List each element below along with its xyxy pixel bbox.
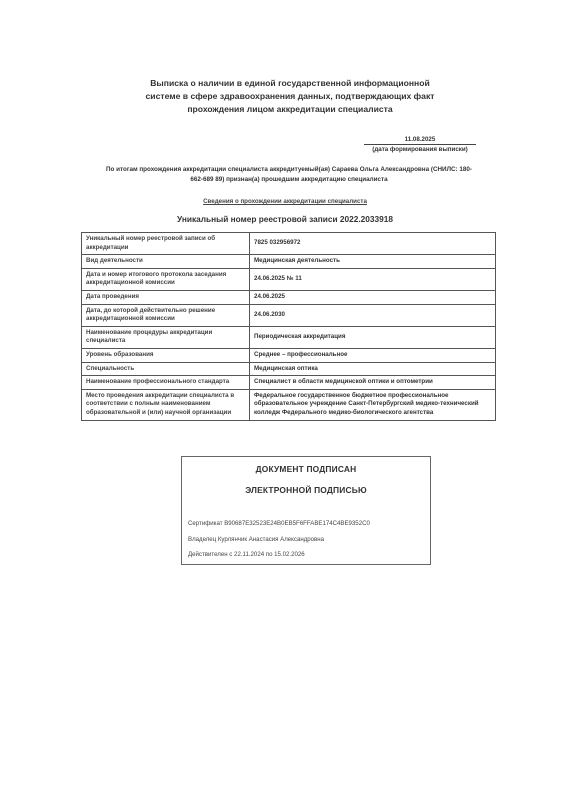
- document-title: Выписка о наличии в единой государственн…: [100, 77, 480, 116]
- table-row: Дата и номер итогового протокола заседан…: [82, 268, 496, 290]
- intro-line: 662-689 89) признан(а) прошедшим аккреди…: [60, 175, 518, 185]
- electronic-signature-stamp: ДОКУМЕНТ ПОДПИСАН ЭЛЕКТРОННОЙ ПОДПИСЬЮ С…: [181, 456, 431, 565]
- row-value: 24.06.2025 № 11: [250, 268, 496, 290]
- row-value: Специалист в области медицинской оптики …: [250, 376, 496, 390]
- table-row: Место проведения аккредитации специалист…: [82, 389, 496, 420]
- formation-date-block: 11.08.2025 (дата формирования выписки): [364, 136, 476, 153]
- accreditation-table: Уникальный номер реестровой записи об ак…: [81, 232, 496, 421]
- table-row: Дата, до которой действительно решение а…: [82, 304, 496, 326]
- row-label: Дата, до которой действительно решение а…: [82, 304, 250, 326]
- title-line: прохождения лицом аккредитации специалис…: [100, 103, 480, 116]
- row-label: Дата проведения: [82, 290, 250, 304]
- row-value: Среднее – профессиональное: [250, 348, 496, 362]
- intro-line: По итогам прохождения аккредитации специ…: [60, 165, 518, 175]
- table-row: Наименование процедуры аккредитации спец…: [82, 326, 496, 348]
- formation-date-caption: (дата формирования выписки): [364, 145, 476, 153]
- section-heading-link: Сведения о прохождении аккредитации спец…: [150, 198, 420, 205]
- table-row: СпециальностьМедицинская оптика: [82, 362, 496, 376]
- row-label: Место проведения аккредитации специалист…: [82, 389, 250, 420]
- registry-number-heading: Уникальный номер реестровой записи 2022.…: [150, 214, 420, 224]
- signature-owner: Владелец Курлянчик Анастасия Александров…: [188, 536, 324, 543]
- row-value: 24.06.2030: [250, 304, 496, 326]
- signature-certificate: Сертификат B90687E32523E24B0EB5F6FFABE17…: [188, 520, 370, 527]
- signature-heading-1: ДОКУМЕНТ ПОДПИСАН: [182, 464, 430, 474]
- table-row: Уникальный номер реестровой записи об ак…: [82, 233, 496, 255]
- row-value: Периодическая аккредитация: [250, 326, 496, 348]
- row-value: Федеральное государственное бюджетное пр…: [250, 389, 496, 420]
- intro-paragraph: По итогам прохождения аккредитации специ…: [60, 165, 518, 184]
- title-line: Выписка о наличии в единой государственн…: [100, 77, 480, 90]
- signature-validity: Действителен с 22.11.2024 по 15.02.2026: [188, 551, 305, 558]
- signature-heading-2: ЭЛЕКТРОННОЙ ПОДПИСЬЮ: [182, 485, 430, 495]
- formation-date: 11.08.2025: [364, 136, 476, 145]
- title-line: системе в сфере здравоохранения данных, …: [100, 90, 480, 103]
- row-value: Медицинская деятельность: [250, 255, 496, 269]
- row-label: Вид деятельности: [82, 255, 250, 269]
- row-value: Медицинская оптика: [250, 362, 496, 376]
- row-label: Наименование процедуры аккредитации спец…: [82, 326, 250, 348]
- table-row: Вид деятельностиМедицинская деятельность: [82, 255, 496, 269]
- row-label: Наименование профессионального стандарта: [82, 376, 250, 390]
- row-label: Специальность: [82, 362, 250, 376]
- row-label: Уникальный номер реестровой записи об ак…: [82, 233, 250, 255]
- row-value: 24.06.2025: [250, 290, 496, 304]
- row-label: Уровень образования: [82, 348, 250, 362]
- row-label: Дата и номер итогового протокола заседан…: [82, 268, 250, 290]
- row-value: 7825 032956972: [250, 233, 496, 255]
- table-row: Уровень образованияСреднее – профессиона…: [82, 348, 496, 362]
- table-row: Наименование профессионального стандарта…: [82, 376, 496, 390]
- table-row: Дата проведения24.06.2025: [82, 290, 496, 304]
